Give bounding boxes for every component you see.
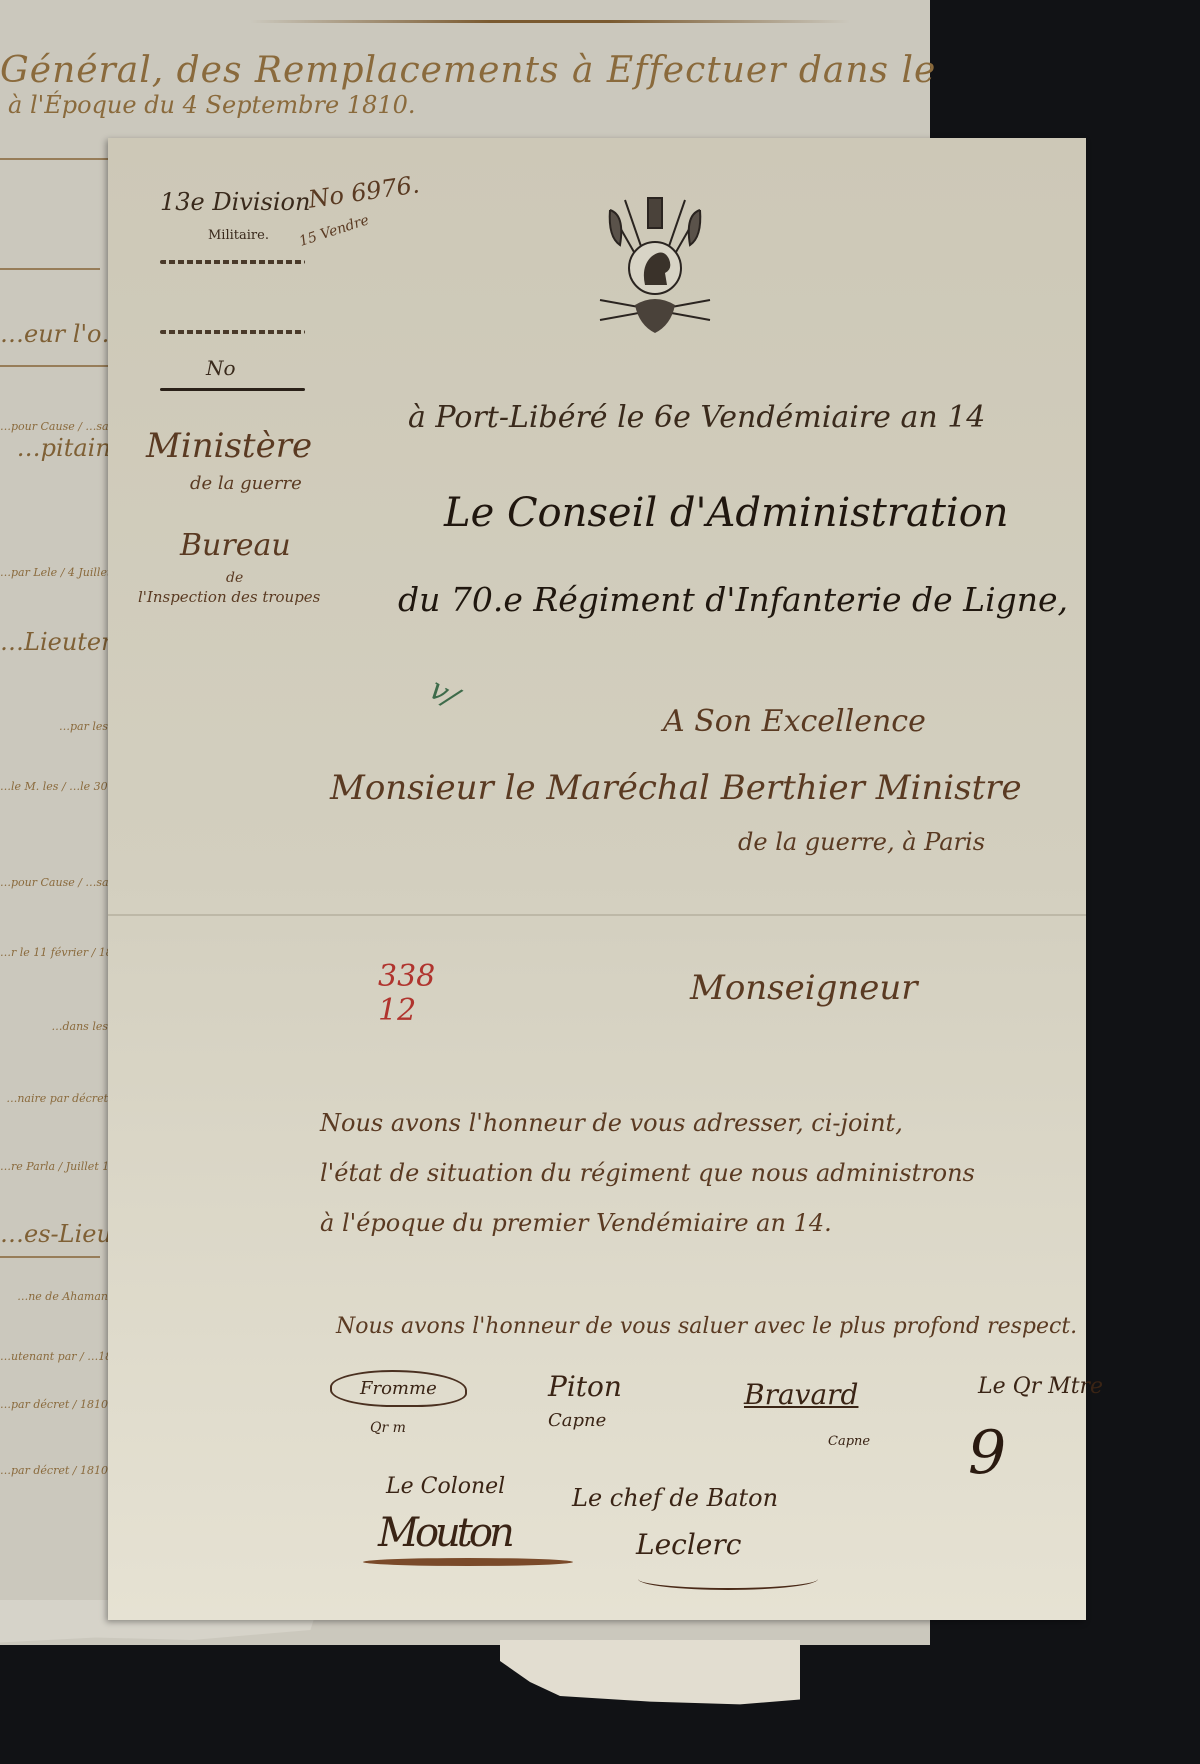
margin-note: …r le 11 février / 1810 [0, 946, 108, 959]
signature-2-title: Capne [548, 1410, 606, 1431]
margin-note: …par décret / 1810. [0, 1398, 108, 1411]
margin-heading: …Lieutena… [0, 628, 125, 656]
closing-formula: Nous avons l'honneur de vous saluer avec… [336, 1314, 1077, 1339]
signature-3-title: Capne [828, 1434, 870, 1449]
de-la-guerre-label: de la guerre [190, 473, 302, 494]
sender-line-1: Le Conseil d'Administration [444, 490, 1009, 536]
recipient-line-1: A Son Excellence [663, 704, 926, 739]
chef-signature-flourish [638, 1568, 818, 1590]
background-row-rule [0, 158, 110, 160]
colonel-label: Le Colonel [386, 1474, 505, 1499]
background-document-title: Général, des Remplacements à Effectuer d… [0, 50, 760, 119]
colonel-signature-flourish [363, 1558, 573, 1566]
wavy-divider [160, 260, 305, 264]
brace-divider [160, 388, 305, 391]
place-and-date: à Port-Libéré le 6e Vendémiaire an 14 [408, 400, 985, 435]
margin-note: …pour Cause / …sa retraite [0, 876, 108, 889]
margin-note: …re Parla / Juillet 1810 [0, 1160, 108, 1173]
body-line: Nous avons l'honneur de vous adresser, c… [320, 1098, 1090, 1148]
bureau-heading: Bureau [180, 528, 291, 563]
margin-note: …dans les [0, 1020, 108, 1033]
chef-de-bataillon-label: Le chef de Baton [572, 1484, 778, 1512]
recipient-line-2: Monsieur le Maréchal Berthier Ministre [330, 768, 1022, 808]
signature-3: Bravard [744, 1378, 858, 1411]
ministere-heading: Ministère [146, 426, 312, 466]
salutation: Monseigneur [690, 968, 918, 1008]
signature-1: Fromme [330, 1370, 467, 1407]
signature-1-title: Qr m [370, 1420, 406, 1436]
inspection-label: l'Inspection des troupes [138, 588, 320, 606]
letter-body: Nous avons l'honneur de vous adresser, c… [320, 1098, 1090, 1248]
sender-line-2: du 70.e Régiment d'Infanterie de Ligne, [398, 580, 1068, 619]
bureau-de-label: de [226, 570, 243, 586]
background-row-rule [0, 1256, 100, 1258]
background-document-tab [500, 1640, 800, 1710]
background-row-rule [0, 365, 110, 367]
recipient-line-3: de la guerre, à Paris [738, 828, 985, 856]
chef-de-bataillon-signature: Leclerc [636, 1528, 741, 1561]
background-document-rule [250, 20, 850, 23]
signature-4-flourish: 9 [968, 1418, 1006, 1488]
margin-heading: …pitaine [0, 434, 125, 462]
margin-note: …par décret / 1810. [0, 1464, 108, 1477]
imperial-trophy-emblem-icon [590, 190, 720, 340]
division-label: 13e Division [160, 188, 310, 216]
red-annotation-line-1: 338 [378, 960, 435, 994]
signature-4: Le Qr Mtre [978, 1374, 1103, 1399]
signature-2: Piton [548, 1370, 622, 1403]
wavy-divider [160, 330, 305, 334]
body-line: l'état de situation du régiment que nous… [320, 1148, 1090, 1198]
background-row-rule [0, 268, 100, 270]
letter-sheet: 13e Division Militaire. No 6976. 15 Vend… [108, 138, 1086, 1620]
fold-line [108, 914, 1086, 916]
militaire-label: Militaire. [208, 228, 269, 243]
margin-note: …par Lele / 4 Juillet 1810 [0, 566, 108, 579]
red-annotation: 338 12 [378, 960, 435, 1028]
margin-note: …utenant par / …1809 [0, 1350, 108, 1363]
reference-number: No 6976. [307, 170, 422, 213]
margin-note: …ne de Ahaman [0, 1290, 108, 1303]
margin-note: …naire par décret [0, 1092, 108, 1105]
margin-note: …pour Cause / …sa retraite [0, 420, 108, 433]
body-line: à l'époque du premier Vendémiaire an 14. [320, 1198, 1090, 1248]
reference-sub-note: 15 Vendre [297, 212, 371, 250]
number-label: No [206, 356, 236, 380]
margin-note: …par les [0, 720, 108, 733]
margin-note: …le M. les / …le 30 Janvier 1810 [0, 780, 108, 793]
margin-heading: …es-Lieuten… [0, 1220, 125, 1248]
background-title-line-1: Général, des Remplacements à Effectuer d… [0, 50, 760, 91]
red-annotation-line-2: 12 [378, 994, 435, 1028]
margin-heading: …eur l'o… [0, 320, 125, 348]
green-annotation: v/ [423, 672, 464, 716]
colonel-signature: Mouton [378, 1510, 511, 1556]
background-title-line-2: à l'Époque du 4 Septembre 1810. [8, 91, 760, 119]
